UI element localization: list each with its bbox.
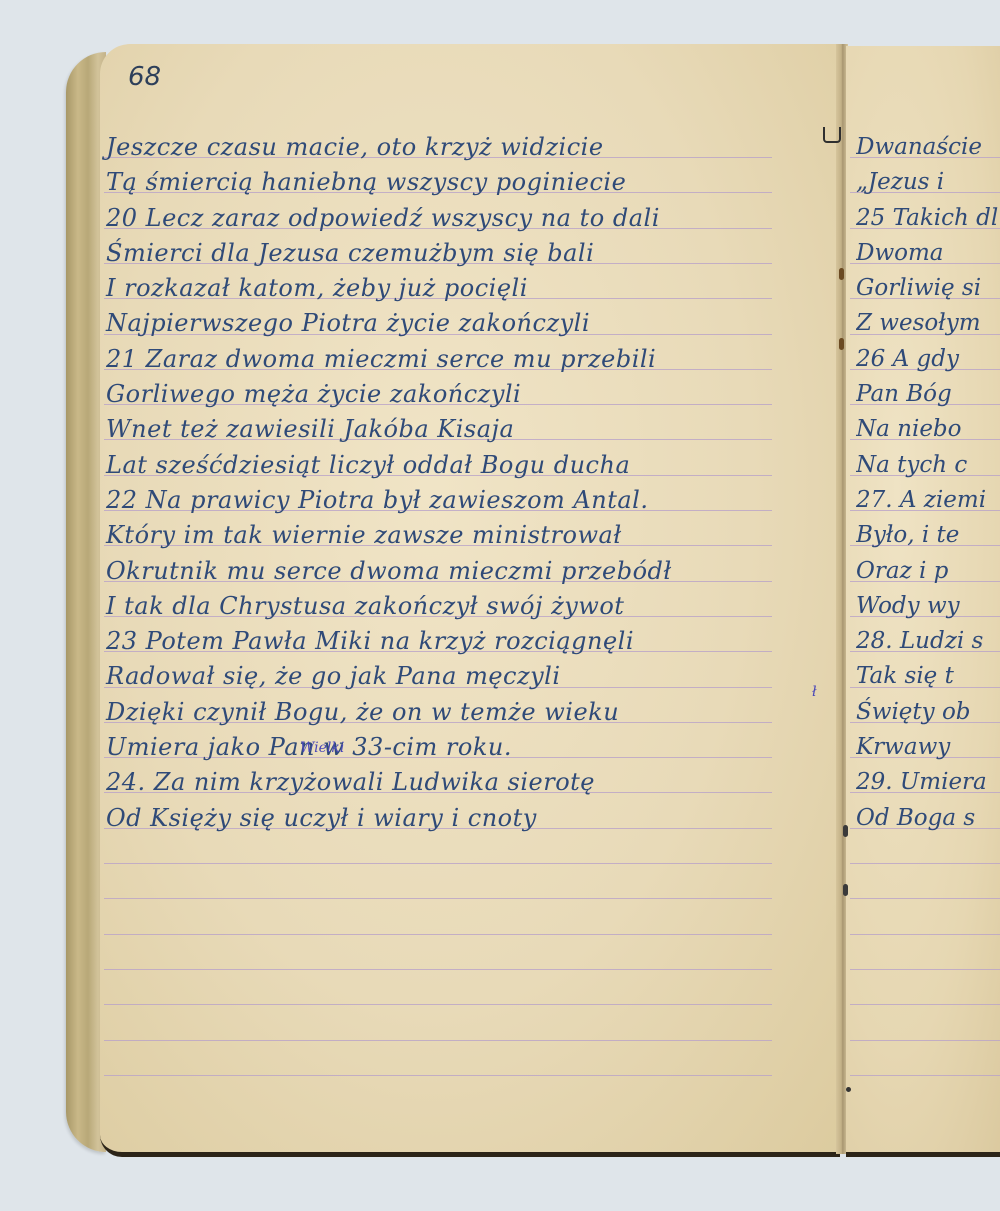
text-line: Najpierwszego Piotra życie zakończyli bbox=[106, 306, 826, 341]
text-line: Umiera jako Pan w 33-cim roku. bbox=[106, 730, 826, 765]
ruled-line bbox=[104, 1040, 772, 1041]
text-line: I rozkazał katom, żeby już pocięli bbox=[106, 271, 826, 306]
text-line: Było, i te bbox=[856, 518, 1000, 553]
ruled-line bbox=[104, 898, 772, 899]
text-line: 26 A gdy bbox=[856, 342, 1000, 377]
ruled-line bbox=[850, 898, 1000, 899]
ruled-line bbox=[104, 969, 772, 970]
text-line: 28. Ludzi s bbox=[856, 624, 1000, 659]
text-line: 21 Zaraz dwoma mieczmi serce mu przebili bbox=[106, 342, 826, 377]
text-line: Oraz i p bbox=[856, 554, 1000, 589]
text-line: Gorliwię si bbox=[856, 271, 1000, 306]
text-line: Wody wy bbox=[856, 589, 1000, 624]
text-line: Od Boga s bbox=[856, 801, 1000, 836]
text-line: Święty ob bbox=[856, 695, 1000, 730]
text-line: Który im tak wiernie zawsze ministrował bbox=[106, 518, 826, 553]
text-line: Jeszcze czasu macie, oto krzyż widzicie bbox=[106, 130, 826, 165]
text-line: Z wesołym bbox=[856, 306, 1000, 341]
text-line: 22 Na prawicy Piotra był zawieszom Antal… bbox=[106, 483, 826, 518]
text-line: Okrutnik mu serce dwoma mieczmi przebódł bbox=[106, 554, 826, 589]
text-line: Lat sześćdziesiąt liczył oddał Bogu duch… bbox=[106, 448, 826, 483]
spine-hole bbox=[839, 268, 844, 280]
text-line: Śmierci dla Jezusa czemużbym się bali bbox=[106, 236, 826, 271]
text-line: Dwanaście bbox=[856, 130, 1000, 165]
text-line: Pan Bóg bbox=[856, 377, 1000, 412]
ruled-line bbox=[850, 934, 1000, 935]
ruled-line bbox=[850, 1040, 1000, 1041]
text-line: Radował się, że go jak Pana męczyli bbox=[106, 659, 826, 694]
text-line: Krwawy bbox=[856, 730, 1000, 765]
spine-hole bbox=[839, 338, 844, 350]
correction-annotation: Wielki bbox=[300, 740, 344, 756]
text-line: I tak dla Chrystusa zakończył swój żywot bbox=[106, 589, 826, 624]
page-number: 68 bbox=[128, 62, 161, 92]
text-line: Wnet też zawiesili Jakóba Kisaja bbox=[106, 412, 826, 447]
text-line: 25 Takich dl bbox=[856, 201, 1000, 236]
text-line: Dwoma bbox=[856, 236, 1000, 271]
text-line: Dzięki czynił Bogu, że on w temże wieku bbox=[106, 695, 826, 730]
spine-hole bbox=[843, 884, 848, 896]
text-line: 29. Umiera bbox=[856, 765, 1000, 800]
text-line: 24. Za nim krzyżowali Ludwika sierotę bbox=[106, 765, 826, 800]
ruled-line bbox=[104, 863, 772, 864]
correction-annotation: ł bbox=[812, 684, 817, 700]
spine-hole bbox=[846, 1087, 851, 1092]
text-line: 27. A ziemi bbox=[856, 483, 1000, 518]
text-line: Od Księży się uczył i wiary i cnoty bbox=[106, 801, 826, 836]
text-line: Gorliwego męża życie zakończyli bbox=[106, 377, 826, 412]
text-line: Tą śmiercią haniebną wszyscy poginiecie bbox=[106, 165, 826, 200]
text-line: „Jezus i bbox=[856, 165, 1000, 200]
ruled-line bbox=[850, 1004, 1000, 1005]
ruled-line bbox=[850, 969, 1000, 970]
text-line: Tak się t bbox=[856, 659, 1000, 694]
text-line: Na niebo bbox=[856, 412, 1000, 447]
left-page-text: Jeszcze czasu macie, oto krzyż widzicie … bbox=[106, 130, 826, 836]
ruled-line bbox=[850, 1075, 1000, 1076]
right-page-text: Dwanaście „Jezus i 25 Takich dl Dwoma Go… bbox=[856, 130, 1000, 836]
text-line: 20 Lecz zaraz odpowiedź wszyscy na to da… bbox=[106, 201, 826, 236]
spine-hole bbox=[843, 825, 848, 837]
ruled-line bbox=[850, 863, 1000, 864]
ruled-line bbox=[104, 1004, 772, 1005]
ruled-line bbox=[104, 1075, 772, 1076]
text-line: 23 Potem Pawła Miki na krzyż rozciągnęli bbox=[106, 624, 826, 659]
text-line: Na tych c bbox=[856, 448, 1000, 483]
ruled-line bbox=[104, 934, 772, 935]
